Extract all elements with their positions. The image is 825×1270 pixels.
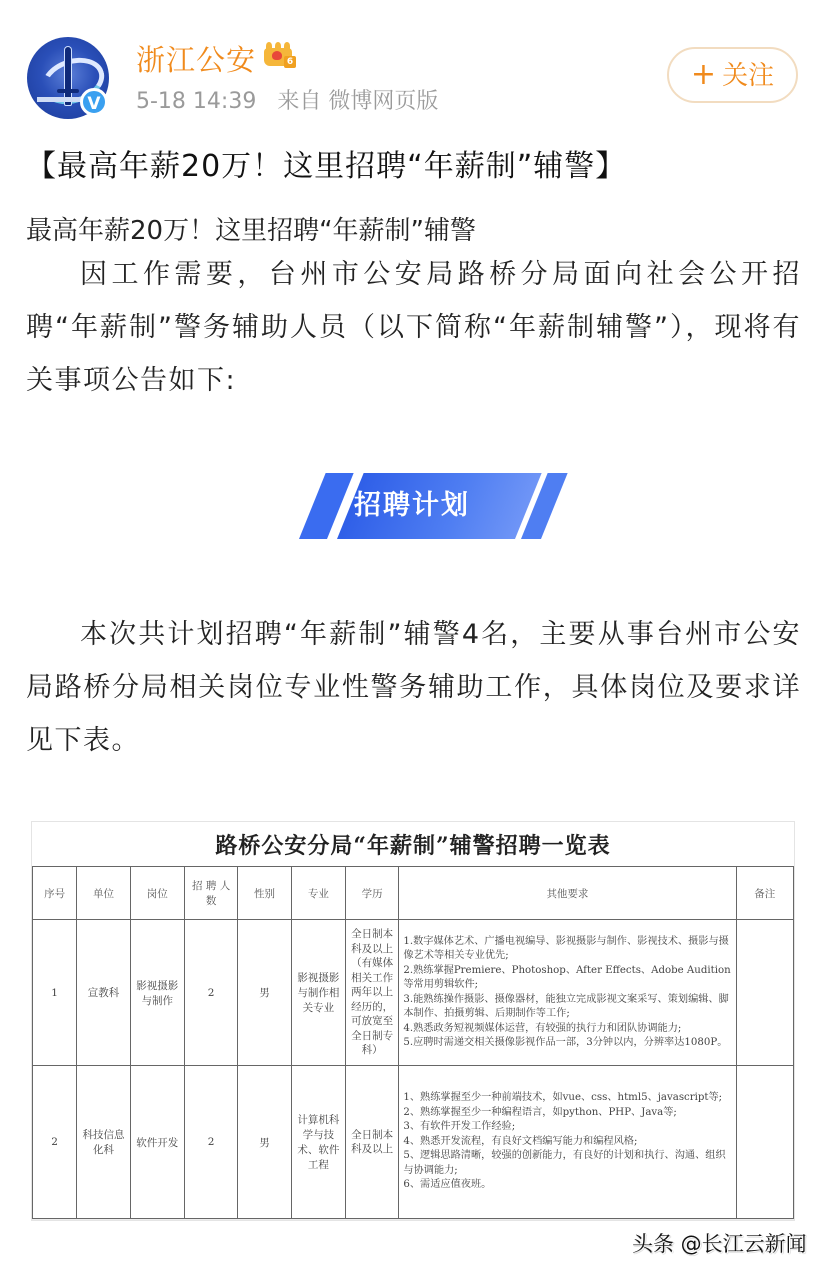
cell-gender: 男	[238, 920, 291, 1066]
cell-major: 影视摄影与制作相关专业	[291, 920, 345, 1066]
cell-position: 影视摄影与制作	[130, 920, 184, 1066]
header-cell: 序号	[33, 867, 77, 920]
article-subtitle: 最高年薪20万！这里招聘“年薪制”辅警	[26, 210, 476, 247]
heart-icon	[272, 51, 282, 60]
cell-unit: 科技信息化科	[77, 1066, 130, 1219]
post-title: 【最高年薪20万！这里招聘“年薪制”辅警】	[26, 141, 626, 185]
header-cell: 招 聘 人 数	[184, 867, 237, 920]
requirement-line: 4.熟悉政务短视频媒体运营，有较强的执行力和团队协调能力;	[403, 1022, 731, 1037]
member-level: 6	[284, 56, 296, 68]
table-row: 2 科技信息化科 软件开发 2 男 计算机科学与技术、软件工程 全日制本科及以上…	[33, 1066, 794, 1219]
requirement-line: 6、需适应值夜班。	[403, 1178, 731, 1193]
header-cell: 性别	[238, 867, 291, 920]
requirement-line: 3、有软件开发工作经验;	[403, 1120, 731, 1135]
cell-unit: 宣教科	[77, 920, 130, 1066]
requirement-line: 5、逻辑思路清晰，较强的创新能力，有良好的计划和执行、沟通、组织与协调能力;	[403, 1149, 731, 1178]
post-header: V 浙江公安 6 5-18 14:39 来自 微博网页版 +关注	[0, 0, 825, 130]
follow-button[interactable]: +关注	[667, 47, 798, 103]
header-cell: 学历	[346, 867, 399, 920]
requirement-line: 4、熟悉开发流程，有良好文档编写能力和编程风格;	[403, 1135, 731, 1150]
header-cell: 单位	[77, 867, 130, 920]
cell-gender: 男	[238, 1066, 291, 1219]
requirement-line: 3.能熟练操作摄影、摄像器材，能独立完成影视文案采写、策划编辑、脚本制作、拍摄剪…	[403, 993, 731, 1022]
cell-count: 2	[184, 920, 237, 1066]
source-watermark: 头条 @长江云新闻	[632, 1228, 807, 1258]
cell-note	[736, 1066, 793, 1219]
cell-note	[736, 920, 793, 1066]
cell-no: 1	[33, 920, 77, 1066]
post-source: 来自 微博网页版	[277, 89, 438, 114]
cell-requirements: 1.数字媒体艺术、广播电视编导、影视摄影与制作、影视技术、摄影与摄像艺术等相关专…	[399, 920, 736, 1066]
requirement-line: 5.应聘时需递交相关摄像影视作品一部，3分钟以内，分辨率达1080P。	[403, 1036, 731, 1051]
follow-label: 关注	[722, 61, 774, 91]
requirement-line: 1、熟练掌握至少一种前端技术，如vue、css、html5、javascript…	[403, 1091, 731, 1106]
intro-paragraph: 因工作需要，台州市公安局路桥分局面向社会公开招聘“年薪制”警务辅助人员（以下简称…	[26, 248, 801, 407]
table-header-row: 序号 单位 岗位 招 聘 人 数 性别 专业 学历 其他要求 备注	[33, 867, 794, 920]
requirement-line: 2、熟练掌握至少一种编程语言，如python、PHP、Java等;	[403, 1106, 731, 1121]
header-cell: 备注	[736, 867, 793, 920]
header-cell: 岗位	[130, 867, 184, 920]
plan-paragraph: 本次共计划招聘“年薪制”辅警4名，主要从事台州市公安局路桥分局相关岗位专业性警务…	[26, 608, 801, 767]
table-row: 1 宣教科 影视摄影与制作 2 男 影视摄影与制作相关专业 全日制本科及以上（有…	[33, 920, 794, 1066]
section-banner: 招聘计划	[285, 473, 545, 539]
post-meta: 5-18 14:39 来自 微博网页版	[136, 84, 438, 115]
requirement-line: 1.数字媒体艺术、广播电视编导、影视摄影与制作、影视技术、摄影与摄像艺术等相关专…	[403, 935, 731, 964]
header-cell: 专业	[291, 867, 345, 920]
plus-icon: +	[691, 57, 716, 92]
table-title: 路桥公安分局“年薪制”辅警招聘一览表	[32, 822, 794, 866]
header-cell: 其他要求	[399, 867, 736, 920]
author-name[interactable]: 浙江公安	[136, 38, 256, 79]
recruitment-table: 序号 单位 岗位 招 聘 人 数 性别 专业 学历 其他要求 备注 1 宣教科 …	[32, 866, 794, 1219]
cell-position: 软件开发	[130, 1066, 184, 1219]
member-crown-icon[interactable]: 6	[264, 40, 296, 68]
cell-major: 计算机科学与技术、软件工程	[291, 1066, 345, 1219]
section-banner-label: 招聘计划	[337, 473, 487, 539]
recruitment-table-image[interactable]: 路桥公安分局“年薪制”辅警招聘一览表 序号 单位 岗位 招 聘 人 数 性别 专…	[31, 821, 795, 1221]
requirement-line: 2.熟练掌握Premiere、Photoshop、After Effects、A…	[403, 964, 731, 993]
cell-count: 2	[184, 1066, 237, 1219]
cell-education: 全日制本科及以上（有媒体相关工作两年以上经历的，可放宽至全日制专科）	[346, 920, 399, 1066]
cell-no: 2	[33, 1066, 77, 1219]
sword-guard	[57, 89, 79, 93]
cell-requirements: 1、熟练掌握至少一种前端技术，如vue、css、html5、javascript…	[399, 1066, 736, 1219]
cell-education: 全日制本科及以上	[346, 1066, 399, 1219]
verified-badge-icon: V	[80, 88, 108, 116]
post-timestamp: 5-18 14:39	[136, 89, 256, 114]
